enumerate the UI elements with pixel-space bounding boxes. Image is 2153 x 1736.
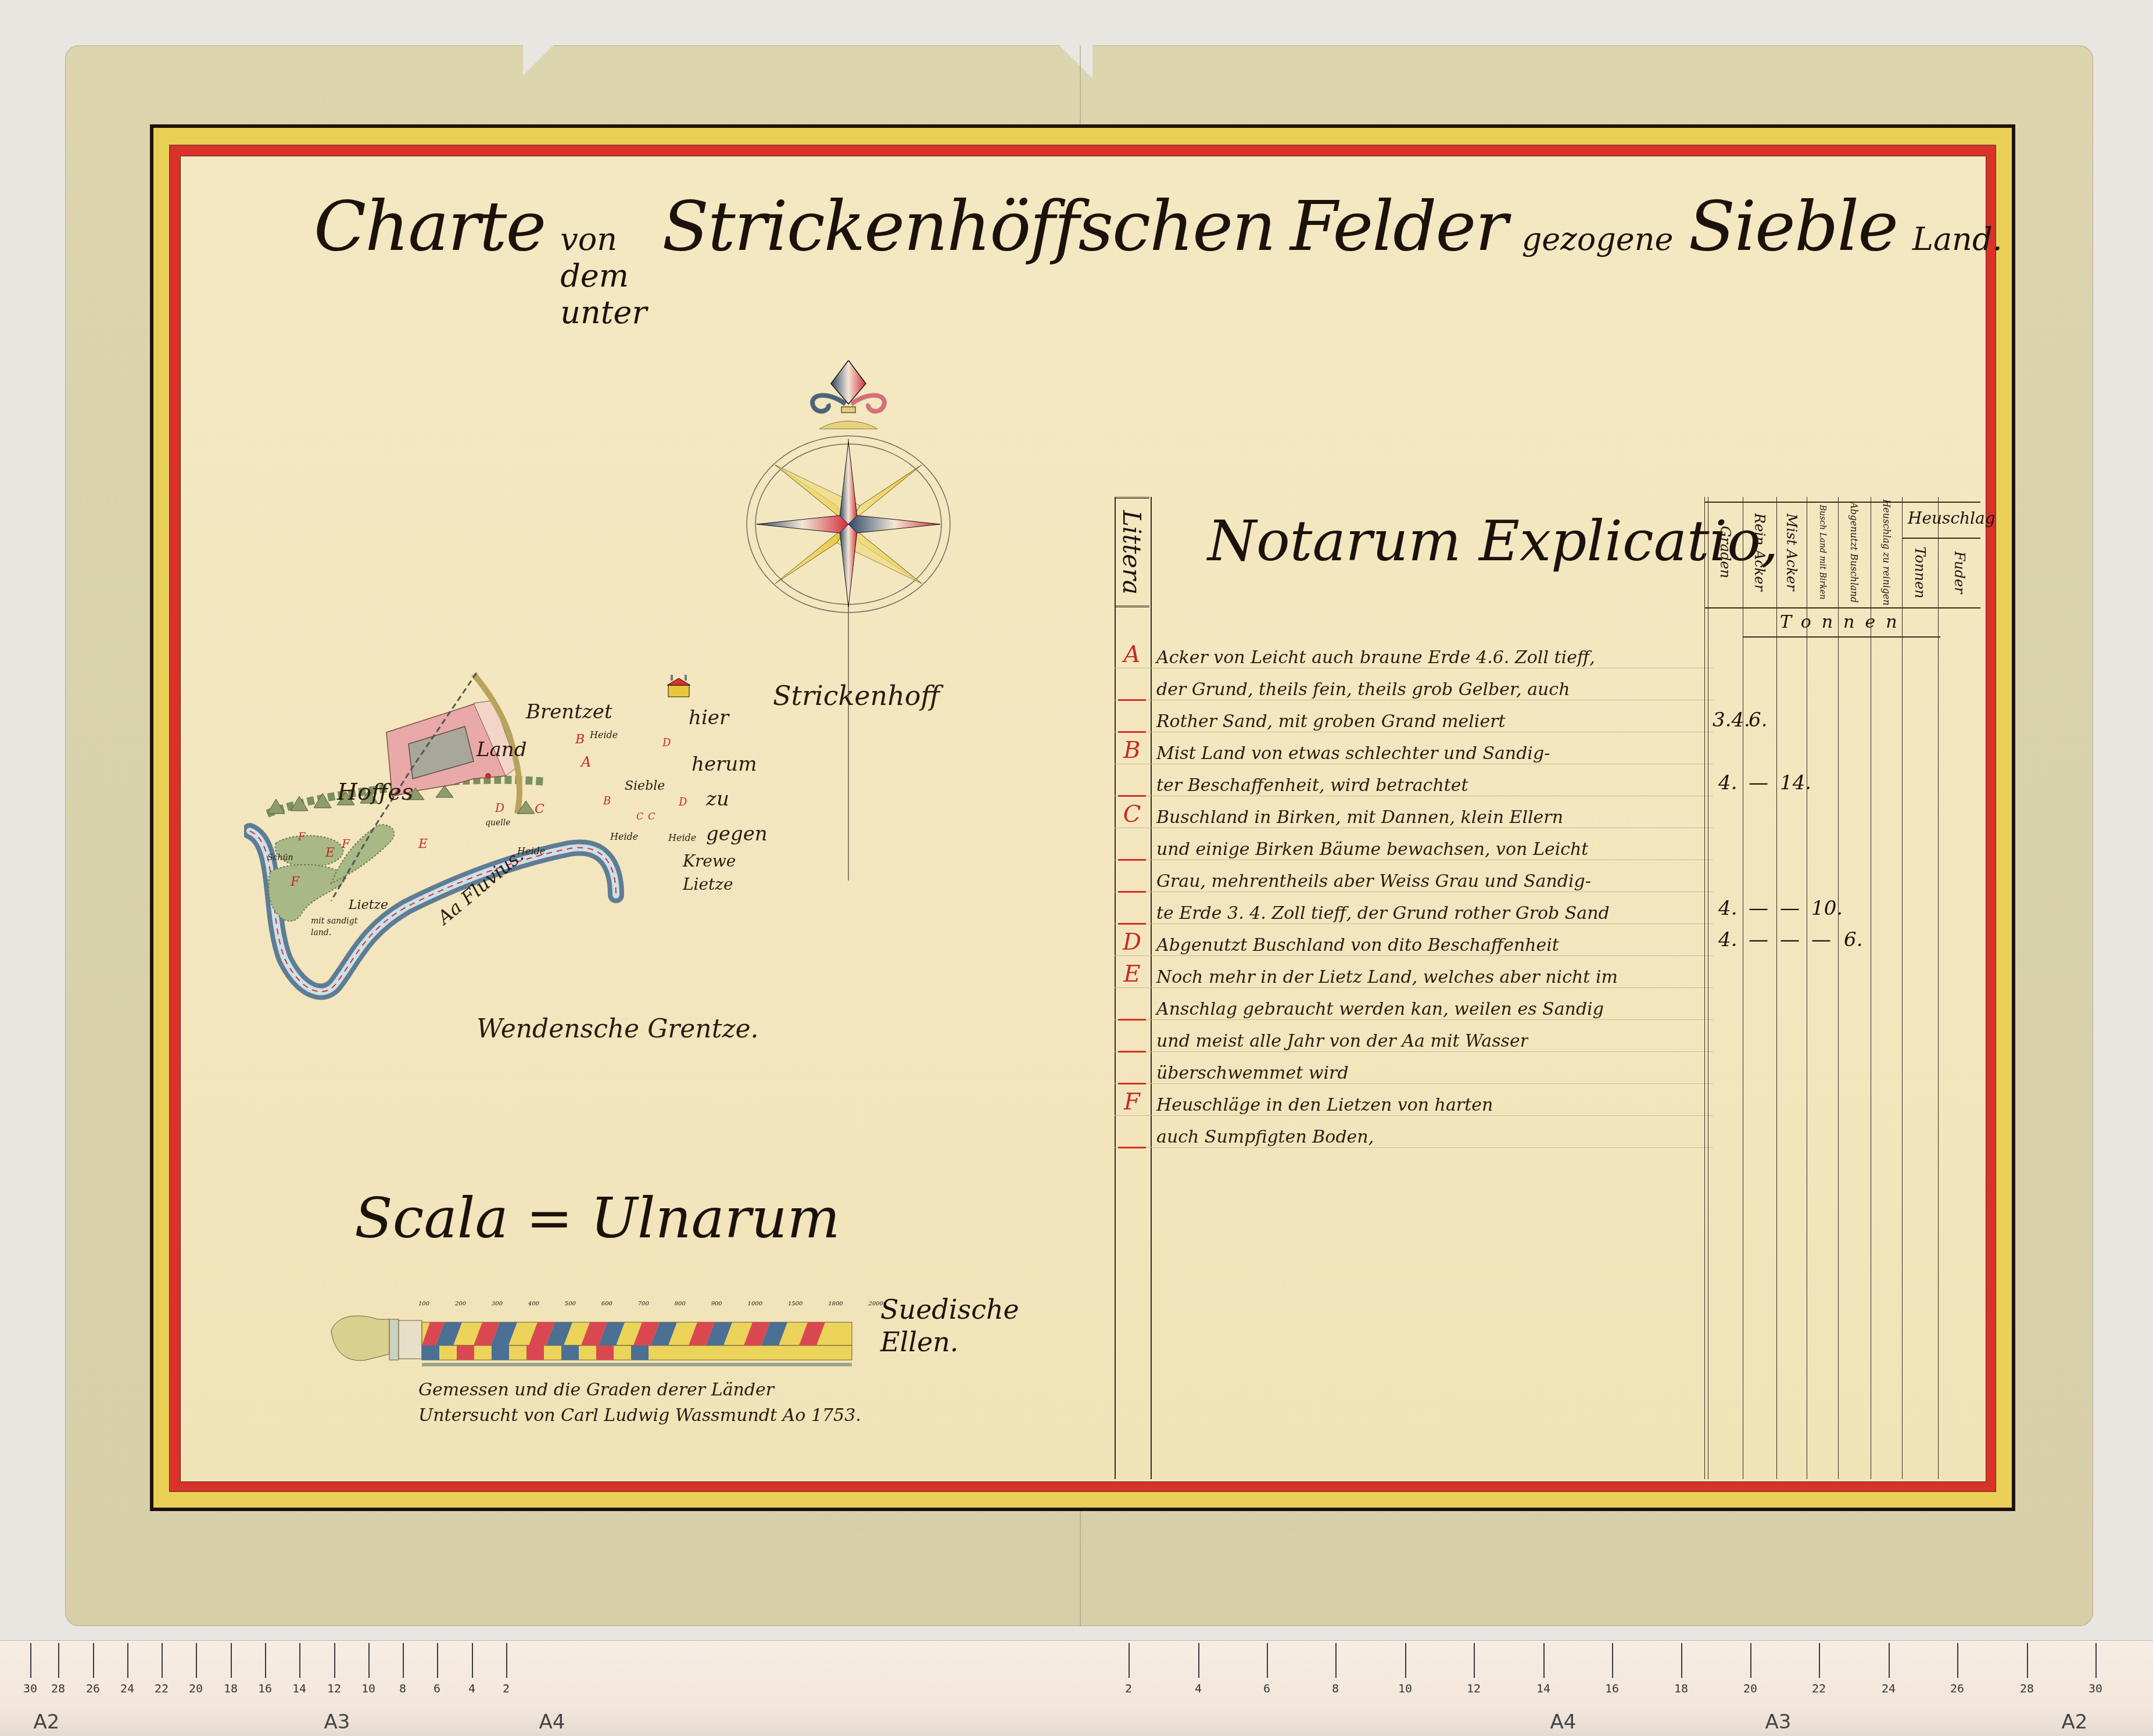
legend-row: ENoch mehr in der Lietz Land, welches ab…	[1115, 956, 1713, 988]
legend-row: und einige Birken Bäume bewachsen, von L…	[1115, 828, 1713, 860]
paper-size-label: A2	[2062, 1710, 2088, 1734]
ruler-number: 18	[224, 1681, 238, 1695]
column-rule	[1871, 497, 1871, 1479]
column-rule	[1743, 497, 1743, 1479]
attribution-line: Untersucht von Carl Ludwig Wassmundt Ao …	[418, 1403, 861, 1429]
row-text: und meist alle Jahr von der Aa mit Wasse…	[1149, 1031, 1528, 1051]
legend-row: te Erde 3. 4. Zoll tieff, der Grund roth…	[1115, 892, 1713, 924]
ruler-number: 26	[86, 1681, 100, 1695]
scale-tick: 1500	[788, 1301, 803, 1307]
value-cell: —	[1780, 928, 1800, 951]
map-label-gegen: gegen	[706, 822, 768, 846]
attribution-line: Gemessen und die Graden derer Länder	[418, 1377, 861, 1403]
legend-row: BMist Land von etwas schlechter und Sand…	[1115, 732, 1713, 764]
ruler-number: 24	[1882, 1681, 1896, 1695]
measurement-ruler: 30 28 26 24 22 20 18 16 14 12 10 8 6 4 2…	[0, 1640, 2153, 1736]
legend-row: auch Sumpfigten Boden,	[1115, 1116, 1713, 1148]
ruler-tick	[1405, 1643, 1406, 1678]
row-text: überschwemmet wird	[1149, 1063, 1349, 1083]
row-letter: D	[1115, 929, 1149, 955]
parcel-letter: F	[342, 837, 350, 851]
scale-tick: 900	[711, 1301, 722, 1307]
header-text: Busch Land mit Birken	[1818, 505, 1827, 600]
legend-table: Littera Notarum Explicatio, AAcker von L…	[1115, 497, 1995, 1479]
scale-tick: 800	[675, 1301, 686, 1307]
column-header: Tonnen	[1902, 538, 1938, 607]
ruler-tick	[403, 1643, 404, 1678]
value-cell: 4.	[1718, 928, 1737, 951]
ruler-number: 10	[361, 1681, 375, 1695]
unit-row-label: Tonnen	[1780, 612, 1907, 632]
scale-tick: 700	[638, 1301, 649, 1307]
legend-row: FHeuschläge in den Lietzen von harten	[1115, 1084, 1713, 1116]
ruler-tick	[93, 1643, 94, 1678]
column-header: Busch Land mit Birken	[1807, 497, 1838, 607]
ruler-tick	[368, 1643, 370, 1678]
parcel-letter: F	[298, 831, 306, 843]
map-label-scheune: Schün	[267, 853, 293, 862]
paper-size-label: A4	[1550, 1710, 1577, 1734]
ruler-number: 22	[1812, 1681, 1826, 1695]
ruler-tick	[162, 1643, 163, 1678]
row-text: Noch mehr in der Lietz Land, welches abe…	[1149, 967, 1618, 987]
ruler-number: 2	[503, 1681, 510, 1695]
parcel-letter: D	[662, 737, 671, 749]
ruler-tick	[437, 1643, 438, 1678]
legend-row: Anschlag gebraucht werden kan, weilen es…	[1115, 988, 1713, 1020]
value-cell: 6.	[1844, 928, 1862, 951]
parcel-letter: C	[535, 802, 544, 817]
row-text: te Erde 3. 4. Zoll tieff, der Grund roth…	[1149, 903, 1610, 924]
ruler-number: 20	[189, 1681, 203, 1695]
value-cell: —	[1780, 897, 1800, 920]
column-rule	[1704, 497, 1705, 1479]
ruler-number: 26	[1950, 1681, 1964, 1695]
header-text: Tonnen	[1912, 546, 1928, 598]
ruler-number: 22	[155, 1681, 169, 1695]
map-label-hoffes: Hoffes	[337, 779, 414, 806]
title-word: Charte	[314, 192, 545, 260]
sieble-settlement-marker	[485, 773, 491, 779]
ruler-number: 10	[1398, 1681, 1412, 1695]
value-cell: 4.	[1718, 771, 1737, 794]
scale-unit-line: Suedische	[880, 1293, 1019, 1326]
ruler-tick	[1267, 1643, 1268, 1678]
title-word: Sieble	[1689, 192, 1898, 260]
parcel-letter: C	[648, 811, 655, 822]
scale-unit-label: Suedische Ellen.	[880, 1293, 1019, 1358]
value-cell: 6.	[1749, 708, 1767, 732]
legend-heading: Notarum Explicatio,	[1208, 509, 1779, 574]
row-letter: C	[1115, 801, 1149, 828]
column-rule	[1807, 497, 1807, 1479]
ruler-number: 14	[1536, 1681, 1550, 1695]
ruler-tick	[265, 1643, 266, 1678]
ruler-number: 16	[258, 1681, 272, 1695]
ruler-number: 16	[1605, 1681, 1619, 1695]
ruler-number: 30	[23, 1681, 37, 1695]
row-text: der Grund, theils fein, theils grob Gelb…	[1149, 679, 1570, 700]
map-label-heide: Heide	[610, 831, 638, 842]
ruler-tick	[127, 1643, 128, 1678]
ruler-tick	[506, 1643, 507, 1678]
title-word: von dem unter	[560, 221, 647, 331]
column-rule	[1938, 497, 1939, 1479]
scale-tick: 100	[418, 1301, 429, 1307]
row-text: Acker von Leicht auch braune Erde 4.6. Z…	[1149, 647, 1595, 668]
header-text: Rein Acker	[1751, 513, 1768, 591]
legend-row: überschwemmet wird	[1115, 1052, 1713, 1084]
ruler-number: 12	[1467, 1681, 1481, 1695]
legend-row: der Grund, theils fein, theils grob Gelb…	[1115, 668, 1713, 700]
row-letter: F	[1115, 1089, 1149, 1115]
map-label-lietze-note: mit sandigt land.	[311, 915, 381, 939]
ruler-tick	[196, 1643, 197, 1678]
column-rule	[1838, 497, 1839, 1479]
parcel-letter: B	[603, 795, 611, 807]
scale-tick-labels: 100 200 300 400 500 600 700 800 900 1000…	[418, 1301, 883, 1307]
ruler-number: 8	[1332, 1681, 1339, 1695]
column-header: Mist Acker	[1776, 497, 1807, 607]
red-rule-mark	[1118, 1147, 1146, 1148]
unit-row-rule	[1743, 636, 1940, 638]
value-cell: —	[1811, 928, 1831, 951]
column-rule	[1902, 497, 1903, 1479]
ruler-number: 6	[1263, 1681, 1270, 1695]
map-label-lietze-right: Lietze	[683, 875, 733, 894]
map-label-quelle: quelle	[485, 818, 511, 828]
legend-row: AAcker von Leicht auch braune Erde 4.6. …	[1115, 636, 1713, 668]
value-cell: —	[1749, 928, 1768, 951]
header-bottom-rule	[1704, 607, 1980, 609]
header-text: Graden	[1717, 526, 1733, 578]
title-word: Land.	[1912, 221, 2002, 257]
ruler-number: 4	[468, 1681, 475, 1695]
paper-size-label: A3	[1765, 1710, 1792, 1734]
map-label-zu: zu	[706, 788, 729, 811]
row-text: Rother Sand, mit groben Grand meliert	[1149, 711, 1506, 732]
map-label-wendensche-grentze: Wendensche Grentze.	[477, 1014, 759, 1044]
ruler-tick	[334, 1643, 335, 1678]
paper-size-label: A2	[34, 1710, 60, 1734]
map-label-land: Land	[477, 738, 527, 761]
header-text: Mist Acker	[1783, 514, 1800, 591]
ruler-number: 4	[1195, 1681, 1202, 1695]
legend-row: CBuschland in Birken, mit Dannen, klein …	[1115, 796, 1713, 828]
value-cell: 14.	[1780, 771, 1811, 794]
ruler-tick	[1543, 1643, 1545, 1678]
strickenhoff-house-icon	[667, 675, 690, 697]
scale-tick: 300	[492, 1301, 503, 1307]
row-text: auch Sumpfigten Boden,	[1149, 1127, 1374, 1147]
legend-row: ter Beschaffenheit, wird betrachtet	[1115, 764, 1713, 796]
header-text: Littera	[1118, 510, 1147, 594]
paper-size-label: A4	[539, 1710, 565, 1734]
ruler-number: 6	[434, 1681, 440, 1695]
ruler-number: 14	[292, 1681, 306, 1695]
ruler-tick	[2095, 1643, 2097, 1678]
value-cell: 10.	[1811, 897, 1843, 920]
ruler-tick	[1474, 1643, 1475, 1678]
ruler-tick	[472, 1643, 473, 1678]
parcel-letter: D	[495, 801, 504, 815]
row-text: Grau, mehrentheils aber Weiss Grau und S…	[1149, 871, 1591, 892]
row-text: Abgenutzt Buschland von dito Beschaffenh…	[1149, 935, 1559, 955]
parcel-letter: A	[581, 754, 591, 770]
column-rule	[1776, 497, 1777, 1479]
ruler-tick	[1957, 1643, 1958, 1678]
ruler-number: 28	[51, 1681, 65, 1695]
ruler-tick	[58, 1643, 59, 1678]
scale-unit-line: Ellen.	[880, 1326, 1019, 1358]
paper-size-label: A3	[324, 1710, 350, 1734]
map-label-strickenhoff: Strickenhoff	[773, 680, 940, 711]
value-cell: —	[1749, 897, 1768, 920]
column-rule	[1708, 497, 1708, 1479]
legend-rows: AAcker von Leicht auch braune Erde 4.6. …	[1115, 636, 1713, 1148]
ruler-number: 30	[2088, 1681, 2102, 1695]
scale-tick: 600	[601, 1301, 612, 1307]
row-letter: B	[1115, 737, 1149, 764]
ruler-number: 2	[1125, 1681, 1132, 1695]
scale-title: Scala = Ulnarum	[354, 1186, 840, 1251]
map-label-heide: Heide	[668, 832, 696, 843]
ruler-tick	[1889, 1643, 1890, 1678]
value-cell: —	[1749, 771, 1768, 794]
ruler-tick	[1129, 1643, 1130, 1678]
row-letter: E	[1115, 961, 1149, 987]
row-text: Buschland in Birken, mit Dannen, klein E…	[1149, 807, 1563, 828]
value-cell: 4.	[1718, 897, 1737, 920]
parcel-letter: E	[418, 837, 428, 851]
map-label-brentzet: Brentzet	[526, 700, 612, 724]
value-columns: Graden Rein Acker Mist Acker Busch Land …	[1704, 497, 1995, 1479]
legend-row: und meist alle Jahr von der Aa mit Wasse…	[1115, 1020, 1713, 1052]
scale-tick: 400	[528, 1301, 539, 1307]
column-header: Graden	[1708, 497, 1743, 607]
legend-row: Grau, mehrentheils aber Weiss Grau und S…	[1115, 860, 1713, 892]
value-cell: 3.4.	[1713, 708, 1750, 732]
map-label-sieble: Sieble	[625, 779, 665, 793]
map-label-hier: hier	[689, 706, 729, 729]
parcel-letter: D	[679, 796, 687, 808]
compass-rose-icon	[726, 360, 970, 628]
heuschlag-group-header: Heuschlag	[1908, 509, 1996, 528]
ruler-number: 8	[399, 1681, 406, 1695]
row-text: Heuschläge in den Lietzen von harten	[1149, 1095, 1493, 1115]
header-text: Fuder	[1951, 551, 1968, 593]
row-text: Mist Land von etwas schlechter und Sandi…	[1149, 743, 1550, 764]
map-title: Charte von dem unter Strickenhöffschen F…	[314, 192, 1883, 308]
scale-bar-graphic	[325, 1308, 883, 1372]
parcel-letter: B	[575, 732, 585, 747]
scale-tick: 1000	[748, 1301, 762, 1307]
ruler-tick	[1681, 1643, 1682, 1678]
ruler-number: 18	[1674, 1681, 1688, 1695]
parcel-letter: F	[291, 875, 299, 889]
legend-row: Rother Sand, mit groben Grand meliert	[1115, 700, 1713, 732]
scale-tick: 200	[455, 1301, 466, 1307]
row-text: Anschlag gebraucht werden kan, weilen es…	[1149, 999, 1604, 1019]
ruler-tick	[1750, 1643, 1751, 1678]
row-text: und einige Birken Bäume bewachsen, von L…	[1149, 839, 1588, 860]
scale-tick: 500	[565, 1301, 576, 1307]
ruler-tick	[1819, 1643, 1820, 1678]
ruler-number: 28	[2020, 1681, 2034, 1695]
scale-tick: 1800	[828, 1301, 843, 1307]
ruler-tick	[2027, 1643, 2028, 1678]
column-header: Abgenutzt Buschland	[1838, 497, 1871, 607]
map-label-lietze-left: Lietze	[349, 898, 388, 912]
ruler-number: 20	[1743, 1681, 1757, 1695]
header-text: Abgenutzt Buschland	[1849, 502, 1860, 602]
parcel-letter: C	[636, 811, 643, 822]
legend-row: DAbgenutzt Buschland von dito Beschaffen…	[1115, 924, 1713, 956]
ruler-tick	[299, 1643, 300, 1678]
ruler-tick	[231, 1643, 232, 1678]
column-header: Fuder	[1938, 538, 1980, 607]
ruler-tick	[30, 1643, 31, 1678]
ruler-tick	[1198, 1643, 1199, 1678]
map-label-herum: herum	[692, 753, 757, 776]
title-word: gezogene	[1522, 221, 1674, 257]
map-label-krewe: Krewe	[683, 851, 736, 871]
letter-column-header: Littera	[1115, 497, 1149, 607]
title-word: Felder	[1290, 192, 1507, 260]
header-text: Heuschlag zu reinigen	[1881, 499, 1892, 606]
title-word: Strickenhöffschen	[662, 192, 1275, 260]
ruler-number: 24	[120, 1681, 134, 1695]
map-label-heide: Heide	[590, 729, 618, 740]
ruler-number: 12	[327, 1681, 341, 1695]
row-text: ter Beschaffenheit, wird betrachtet	[1149, 775, 1468, 796]
column-header: Rein Acker	[1743, 497, 1776, 607]
surveyor-attribution: Gemessen und die Graden derer Länder Unt…	[418, 1377, 861, 1429]
ruler-tick	[1612, 1643, 1613, 1678]
ruler-tick	[1335, 1643, 1337, 1678]
column-header: Heuschlag zu reinigen	[1871, 497, 1902, 607]
parcel-letter: E	[325, 846, 335, 860]
row-letter: A	[1115, 641, 1149, 668]
